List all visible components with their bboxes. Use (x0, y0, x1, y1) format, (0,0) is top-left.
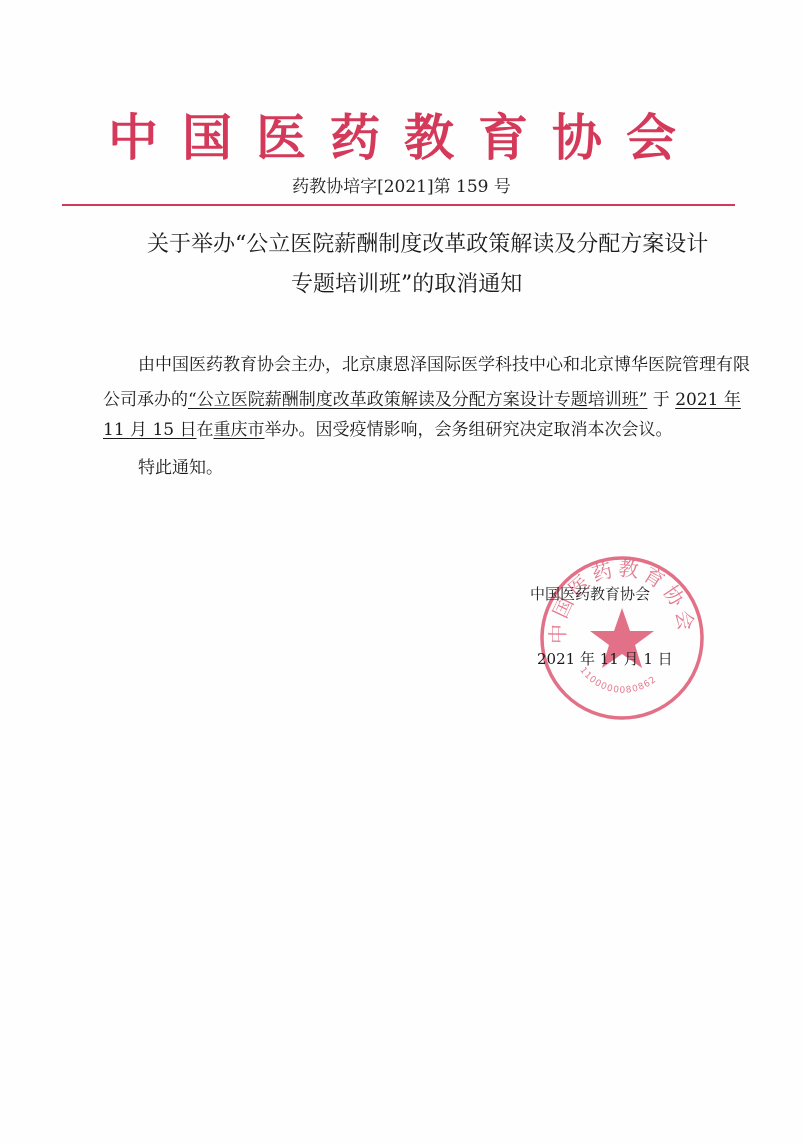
event-city: 重庆市 (213, 420, 264, 440)
signature-organization: 中国医药教育协会 (530, 583, 650, 604)
course-name: “公立医院薪酬制度改革政策解读及分配方案设计专题培训班” (188, 390, 647, 410)
body-text: 公司承办的 (103, 390, 188, 410)
body-text: 举办。因受疫情影响，会务组研究决定取消本次会议。 (264, 420, 672, 440)
notice-title-line-2: 专题培训班”的取消通知 (291, 267, 522, 298)
body-text: 在 (196, 420, 213, 440)
notice-title-line-1: 关于举办“公立医院薪酬制度改革政策解读及分配方案设计 (147, 227, 708, 258)
seal-serial: 1100000080862 (577, 666, 658, 696)
organization-letterhead-title: 中国医药教育协会 (108, 108, 688, 168)
event-date: 11 月 15 日 (103, 420, 196, 440)
seal-graphic: 中国医药教育协会 1100000080862 (537, 553, 707, 723)
body-line-2: 公司承办的“公立医院薪酬制度改革政策解读及分配方案设计专题培训班” 于 2021… (103, 385, 741, 410)
body-text: 于 (653, 390, 670, 410)
document-number: 药教协培字[2021]第 159 号 (0, 172, 803, 197)
event-year: 2021 年 (675, 390, 741, 410)
svg-text:1100000080862: 1100000080862 (577, 666, 658, 696)
letterhead-divider (62, 204, 735, 206)
signature-date: 2021 年 11 月 1 日 (537, 648, 673, 669)
body-line-1: 由中国医药教育协会主办，北京康恩泽国际医学科技中心和北京博华医院管理有限 (138, 350, 750, 375)
closing-line: 特此通知。 (138, 453, 223, 478)
official-seal: 中国医药教育协会 1100000080862 (537, 553, 707, 723)
body-line-3: 11 月 15 日在重庆市举办。因受疫情影响，会务组研究决定取消本次会议。 (103, 415, 672, 440)
